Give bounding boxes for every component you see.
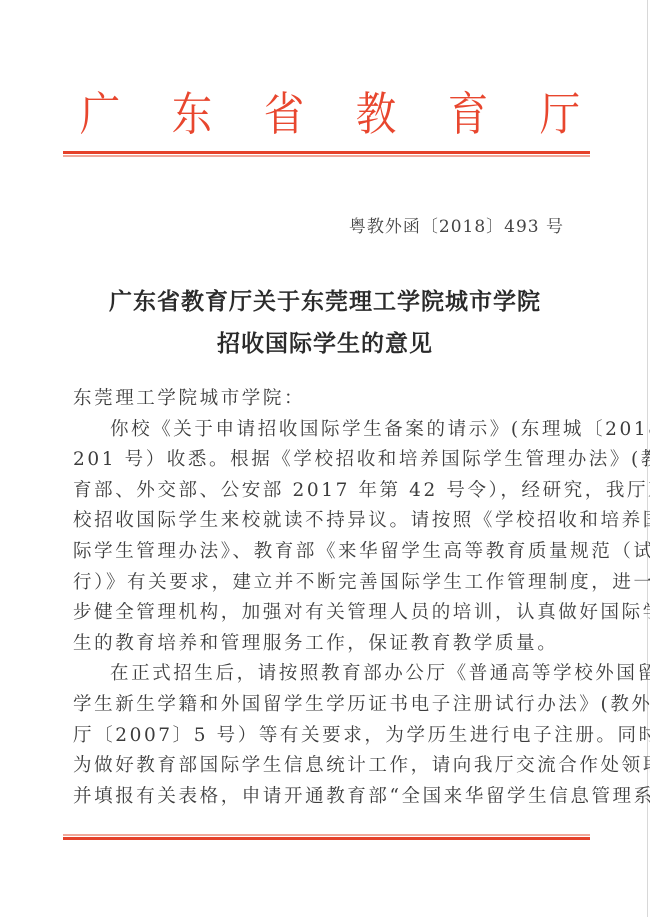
body-line: 你校《关于申请招收国际学生备案的请示》(东理城〔2018〕	[73, 415, 578, 446]
document-title-line2: 招收国际学生的意见	[60, 325, 590, 358]
body-line: 并填报有关表格，申请开通教育部“全国来华留学生信息管理系	[73, 782, 578, 813]
document-title-line1: 广东省教育厅关于东莞理工学院城市学院	[60, 283, 590, 316]
footer-rule	[63, 834, 590, 842]
footer-rule-thin	[63, 834, 590, 836]
body-line: 为做好教育部国际学生信息统计工作，请向我厅交流合作处领取	[73, 751, 578, 782]
body-line: 厅〔2007〕5 号）等有关要求，为学历生进行电子注册。同时，	[73, 721, 578, 752]
document-body: 东莞理工学院城市学院： 你校《关于申请招收国际学生备案的请示》(东理城〔2018…	[73, 384, 578, 812]
body-line: 步健全管理机构，加强对有关管理人员的培训，认真做好国际学	[73, 598, 578, 629]
body-line: 际学生管理办法》、教育部《来华留学生高等教育质量规范（试	[73, 537, 578, 568]
letterhead-char: 教	[350, 84, 403, 144]
letterhead-char: 厅	[534, 84, 587, 144]
body-line: 在正式招生后，请按照教育部办公厅《普通高等学校外国留	[73, 659, 578, 690]
letterhead-top-rule	[63, 151, 590, 158]
letterhead-char: 东	[166, 84, 219, 144]
body-line: 201 号）收悉。根据《学校招收和培养国际学生管理办法》(教	[73, 445, 578, 476]
body-line: 校招收国际学生来校就读不持异议。请按照《学校招收和培养国	[73, 506, 578, 537]
body-line: 育部、外交部、公安部 2017 年第 42 号令），经研究，我厅对你	[73, 476, 578, 507]
footer-rule-thick	[63, 837, 590, 840]
letterhead-char: 省	[258, 84, 311, 144]
document-number: 粤教外函〔2018〕493 号	[349, 212, 564, 237]
body-line: 行）》有关要求，建立并不断完善国际学生工作管理制度，进一	[73, 568, 578, 599]
body-line: 学生新生学籍和外国留学生学历证书电子注册试行办法》(教外	[73, 690, 578, 721]
letterhead-title: 广 东 省 教 育 厅	[70, 84, 590, 144]
salutation: 东莞理工学院城市学院：	[73, 384, 578, 415]
body-line: 生的教育培养和管理服务工作，保证教育教学质量。	[73, 629, 578, 660]
top-rule-thin	[63, 155, 590, 157]
letterhead-char: 广	[74, 84, 127, 144]
letterhead-char: 育	[442, 84, 495, 144]
top-rule-thick	[63, 151, 590, 154]
